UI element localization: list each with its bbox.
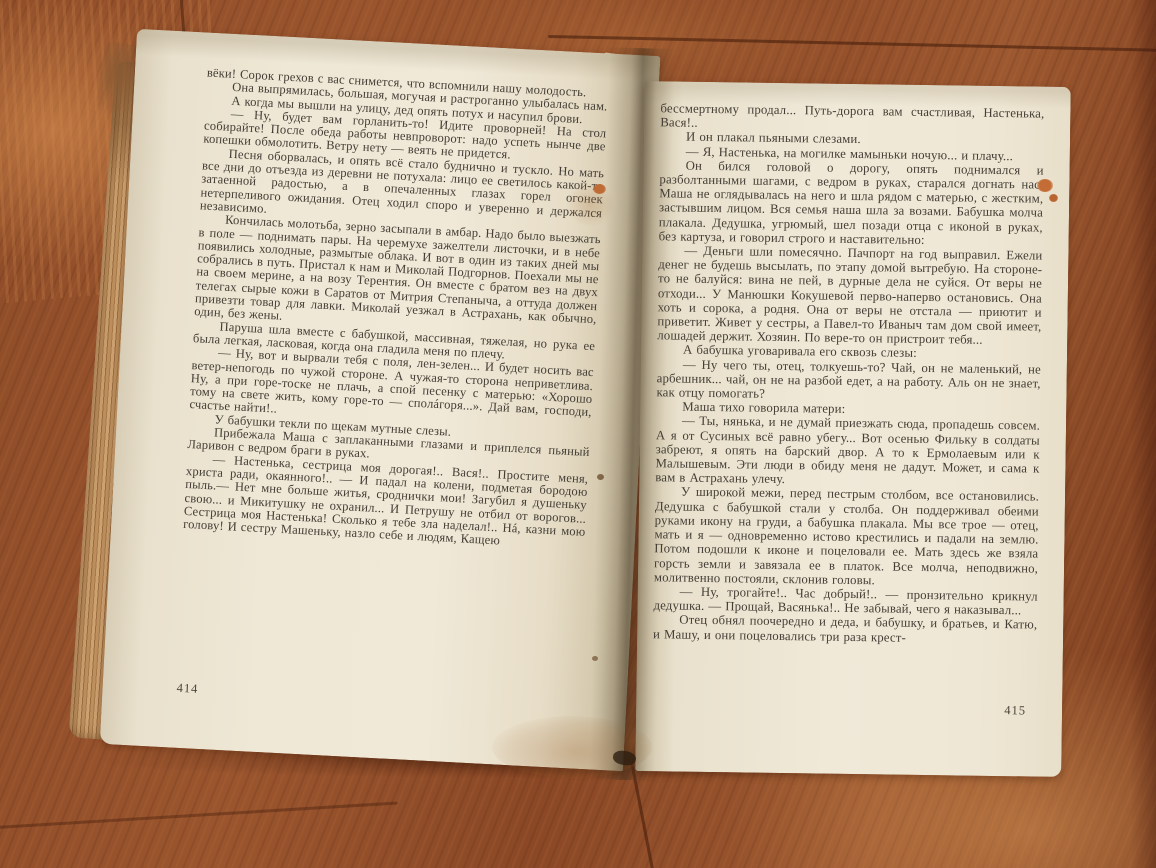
photo-scene: вёки! Сорок грехов с вас снимется, что в… <box>0 0 1156 868</box>
left-page: вёки! Сорок грехов с вас снимется, что в… <box>100 29 661 771</box>
wood-plank-seam <box>548 35 1156 52</box>
wood-plank-seam <box>630 763 654 868</box>
right-page-text: бессмертному продал... Путь-дорога вам с… <box>653 101 1044 646</box>
right-page: бессмертному продал... Путь-дорога вам с… <box>635 81 1071 777</box>
paragraph: — Ты, нянька, и не думай приезжать сюда,… <box>655 414 1040 490</box>
paragraph: Отец обнял поочередно и деда, и бабушку,… <box>653 613 1037 647</box>
paragraph: — Ну чего ты, отец, толкуешь-то? Чай, он… <box>656 357 1041 405</box>
paragraph: — Деньги шли помесячно. Пачпорт на год в… <box>657 243 1042 348</box>
left-page-number: 414 <box>176 681 199 697</box>
right-page-number: 415 <box>1004 703 1026 718</box>
wood-edge-shadow <box>1130 0 1156 868</box>
paragraph: Он бился головой о дорогу, опять поднима… <box>659 158 1044 249</box>
wood-plank-seam <box>0 801 398 829</box>
left-page-text: вёки! Сорок грехов с вас снимется, что в… <box>183 67 609 553</box>
paragraph: У широкой межи, перед пестрым столбом, в… <box>654 485 1039 590</box>
